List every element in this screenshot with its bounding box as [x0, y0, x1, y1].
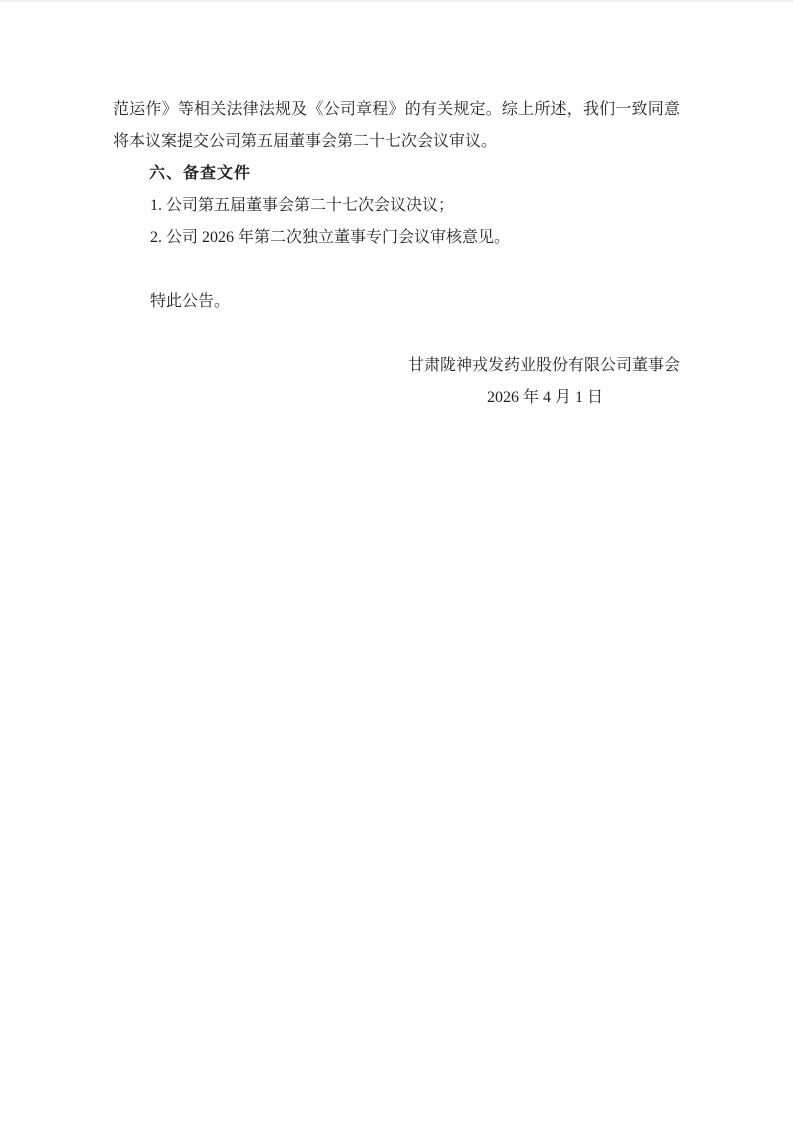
paragraph-continuation: 范运作》等相关法律法规及《公司章程》的有关规定。综上所述，我们一致同意将本议案提…	[113, 94, 680, 158]
section-heading-documents-for-reference: 六、备查文件	[113, 158, 680, 190]
reference-item-1: 1. 公司第五届董事会第二十七次会议决议；	[113, 190, 680, 222]
blank-line	[113, 318, 680, 350]
closing-statement: 特此公告。	[113, 286, 680, 318]
document-content: 范运作》等相关法律法规及《公司章程》的有关规定。综上所述，我们一致同意将本议案提…	[113, 94, 680, 414]
signature-date: 2026 年 4 月 1 日	[113, 382, 680, 414]
signature-company-board: 甘肃陇神戎发药业股份有限公司董事会	[113, 350, 680, 382]
blank-line	[113, 254, 680, 286]
reference-item-2: 2. 公司 2026 年第二次独立董事专门会议审核意见。	[113, 222, 680, 254]
document-page: 范运作》等相关法律法规及《公司章程》的有关规定。综上所述，我们一致同意将本议案提…	[0, 0, 793, 1122]
